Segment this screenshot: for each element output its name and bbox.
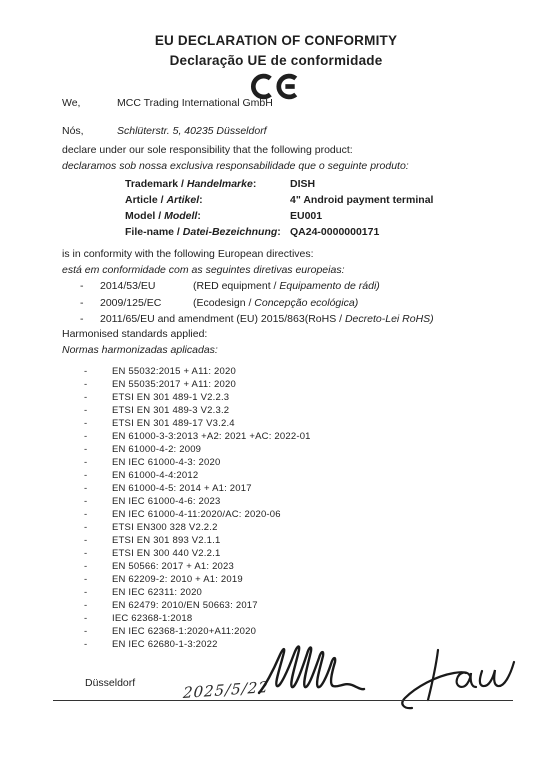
dash-bullet: -: [84, 535, 112, 546]
product-label-en: Article /: [125, 194, 166, 206]
standard-item: - ETSI EN 301 489-1 V2.2.3: [84, 392, 504, 405]
standard-item: - EN IEC 61000-4-11:2020/AC: 2020-06: [84, 509, 504, 522]
standard-item: - EN 55035:2017 + A11: 2020: [84, 379, 504, 392]
harmonised-line-pt: Normas harmonizadas aplicadas:: [62, 342, 522, 358]
standard-text: EN 61000-4-2: 2009: [112, 444, 201, 455]
dash-bullet: -: [84, 457, 112, 468]
product-label-colon: :: [277, 226, 281, 238]
standard-text: ETSI EN 301 489-17 V3.2.4: [112, 418, 235, 429]
standard-item: - EN IEC 61000-4-6: 2023: [84, 496, 504, 509]
product-label: Trademark / Handelmarke:: [125, 176, 290, 192]
standard-item: - IEC 62368-1:2018: [84, 613, 504, 626]
standard-item: - ETSI EN 301 489-17 V3.2.4: [84, 418, 504, 431]
product-row: Model / Modell: EU001: [125, 208, 433, 224]
conformity-line-pt: está em conformidade com as seguintes di…: [62, 262, 522, 278]
product-label: Model / Modell:: [125, 208, 290, 224]
dash-bullet: -: [84, 626, 112, 637]
directive-desc: (RED equipment / Equipamento de rádi): [193, 278, 380, 295]
dash-bullet: -: [84, 470, 112, 481]
product-label-de: Modell: [164, 210, 197, 222]
dash-bullet: -: [84, 639, 112, 650]
product-label-de: Handelmarke: [187, 178, 253, 190]
standard-item: - EN IEC 62368-1:2020+A11:2020: [84, 626, 504, 639]
dash-bullet: -: [84, 392, 112, 403]
product-value: EU001: [290, 208, 322, 224]
product-label-en: Model /: [125, 210, 164, 222]
dash-bullet: -: [84, 418, 112, 429]
standard-text: EN 62479: 2010/EN 50663: 2017: [112, 600, 258, 611]
standard-text: EN 55035:2017 + A11: 2020: [112, 379, 236, 390]
dash-bullet: -: [84, 509, 112, 520]
directive-desc-en: (RED equipment /: [193, 280, 279, 292]
product-label-de: Artikel: [166, 194, 199, 206]
product-row: File-name / Datei-Bezeichnung: QA24-0000…: [125, 224, 433, 240]
document-title-pt: Declaração UE de conformidade: [0, 53, 552, 68]
dash-bullet: -: [84, 587, 112, 598]
standard-text: ETSI EN300 328 V2.2.2: [112, 522, 218, 533]
harmonised-heading: Harmonised standards applied: Normas har…: [62, 326, 522, 358]
nos-label: Nós,: [62, 124, 117, 139]
title-block: EU DECLARATION OF CONFORMITY Declaração …: [0, 33, 552, 68]
signature-horace-lau: [398, 646, 518, 712]
dash-bullet: -: [84, 561, 112, 572]
document-title-en: EU DECLARATION OF CONFORMITY: [0, 33, 552, 48]
standard-text: EN 61000-4-5: 2014 + A1: 2017: [112, 483, 252, 494]
standard-text: EN IEC 62311: 2020: [112, 587, 202, 598]
directive-code: 2009/125/EC: [100, 295, 193, 312]
dash-bullet: -: [84, 483, 112, 494]
directive-desc-en: (Ecodesign /: [193, 297, 254, 309]
declaration-line-en: declare under our sole responsibility th…: [62, 142, 522, 158]
standard-item: - ETSI EN 300 440 V2.2.1: [84, 548, 504, 561]
product-label: Article / Artikel:: [125, 192, 290, 208]
standard-text: EN 61000-3-3:2013 +A2: 2021 +AC: 2022-01: [112, 431, 311, 442]
declaration-of-conformity-document: EU DECLARATION OF CONFORMITY Declaração …: [0, 0, 552, 776]
product-label-en: File-name /: [125, 226, 183, 238]
product-label-de: Datei-Bezeichnung: [183, 226, 278, 238]
standard-text: ETSI EN 300 440 V2.2.1: [112, 548, 220, 559]
standard-item: - EN 55032:2015 + A11: 2020: [84, 366, 504, 379]
directive-desc-en: (RoHS /: [305, 313, 345, 325]
conformity-sentence: is in conformity with the following Euro…: [62, 246, 522, 278]
harmonised-line-en: Harmonised standards applied:: [62, 326, 522, 342]
standard-text: EN IEC 61000-4-11:2020/AC: 2020-06: [112, 509, 281, 520]
dash-bullet: -: [84, 405, 112, 416]
standard-text: EN IEC 61000-4-3: 2020: [112, 457, 220, 468]
product-label-en: Trademark /: [125, 178, 187, 190]
standard-item: - EN IEC 62311: 2020: [84, 587, 504, 600]
dash-bullet: -: [84, 379, 112, 390]
declarant-row-pt: Nós, Schlüterstr. 5, 40235 Düsseldorf: [62, 124, 492, 139]
standards-list: - EN 55032:2015 + A11: 2020 - EN 55035:2…: [84, 366, 504, 652]
standard-text: EN 62209-2: 2010 + A1: 2019: [112, 574, 243, 585]
signoff-place: Düsseldorf: [85, 677, 135, 689]
dash-bullet: -: [84, 431, 112, 442]
dash-bullet: -: [84, 366, 112, 377]
standard-item: - EN 61000-4-2: 2009: [84, 444, 504, 457]
product-label-colon: :: [197, 210, 201, 222]
company-address: Schlüterstr. 5, 40235 Düsseldorf: [117, 124, 267, 139]
standard-text: EN IEC 61000-4-6: 2023: [112, 496, 220, 507]
dash-bullet: -: [84, 613, 112, 624]
conformity-line-en: is in conformity with the following Euro…: [62, 246, 522, 262]
directives-list: - 2014/53/EU (RED equipment / Equipament…: [80, 278, 520, 328]
product-label-colon: :: [253, 178, 257, 190]
signature-line: [53, 700, 513, 701]
standard-text: IEC 62368-1:2018: [112, 613, 192, 624]
product-row: Article / Artikel: 4" Android payment te…: [125, 192, 433, 208]
dash-bullet: -: [84, 574, 112, 585]
standard-item: - ETSI EN300 328 V2.2.2: [84, 522, 504, 535]
dash-bullet: -: [80, 278, 100, 295]
directive-item: - 2009/125/EC (Ecodesign / Concepção eco…: [80, 295, 520, 312]
declaration-sentence: declare under our sole responsibility th…: [62, 142, 522, 174]
we-label: We,: [62, 96, 117, 111]
product-details-table: Trademark / Handelmarke: DISH Article / …: [125, 176, 433, 240]
dash-bullet: -: [84, 444, 112, 455]
standard-text: EN 50566: 2017 + A1: 2023: [112, 561, 234, 572]
directive-desc: (Ecodesign / Concepção ecológica): [193, 295, 358, 312]
standard-item: - EN 61000-4-5: 2014 + A1: 2017: [84, 483, 504, 496]
directive-desc-pt: Equipamento de rádi): [279, 280, 379, 292]
dash-bullet: -: [84, 496, 112, 507]
standard-item: - EN 61000-3-3:2013 +A2: 2021 +AC: 2022-…: [84, 431, 504, 444]
declaration-line-pt: declaramos sob nossa exclusiva responsab…: [62, 158, 522, 174]
standard-item: - EN IEC 61000-4-3: 2020: [84, 457, 504, 470]
declarant-row-en: We, MCC Trading International GmbH: [62, 96, 492, 111]
product-label: File-name / Datei-Bezeichnung:: [125, 224, 290, 240]
product-row: Trademark / Handelmarke: DISH: [125, 176, 433, 192]
standard-item: - EN 62209-2: 2010 + A1: 2019: [84, 574, 504, 587]
standard-item: - EN 62479: 2010/EN 50663: 2017: [84, 600, 504, 613]
standard-item: - EN 50566: 2017 + A1: 2023: [84, 561, 504, 574]
standard-text: ETSI EN 301 489-3 V2.3.2: [112, 405, 229, 416]
directive-item: - 2014/53/EU (RED equipment / Equipament…: [80, 278, 520, 295]
company-name: MCC Trading International GmbH: [117, 96, 273, 111]
product-value: DISH: [290, 176, 315, 192]
directive-desc-pt: Concepção ecológica): [254, 297, 358, 309]
standard-text: EN IEC 62680-1-3:2022: [112, 639, 218, 650]
dash-bullet: -: [84, 522, 112, 533]
dash-bullet: -: [84, 548, 112, 559]
dash-bullet: -: [84, 600, 112, 611]
dash-bullet: -: [80, 295, 100, 312]
standard-text: ETSI EN 301 489-1 V2.2.3: [112, 392, 229, 403]
standard-text: ETSI EN 301 893 V2.1.1: [112, 535, 220, 546]
standard-text: EN 61000-4-4:2012: [112, 470, 198, 481]
directive-desc-pt: Decreto-Lei RoHS): [345, 313, 434, 325]
standard-item: - ETSI EN 301 893 V2.1.1: [84, 535, 504, 548]
signature-michael-ciesielski: [255, 641, 367, 701]
directive-code: 2014/53/EU: [100, 278, 193, 295]
standard-item: - EN 61000-4-4:2012: [84, 470, 504, 483]
standard-text: EN IEC 62368-1:2020+A11:2020: [112, 626, 256, 637]
product-label-colon: :: [199, 194, 203, 206]
product-value: QA24-0000000171: [290, 224, 379, 240]
standard-item: - ETSI EN 301 489-3 V2.3.2: [84, 405, 504, 418]
standard-text: EN 55032:2015 + A11: 2020: [112, 366, 236, 377]
product-value: 4" Android payment terminal: [290, 192, 433, 208]
